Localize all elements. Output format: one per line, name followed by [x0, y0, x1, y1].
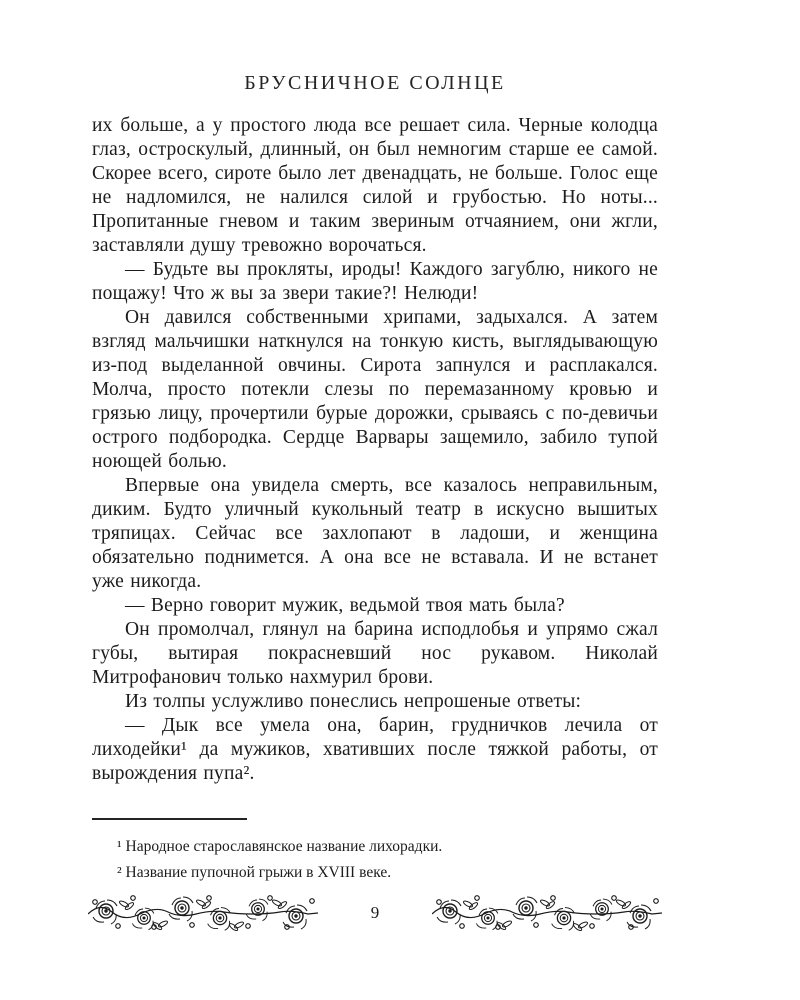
paragraph: их больше, а у простого люда все решает … [92, 114, 658, 258]
paragraph: — Дык все умела она, барин, грудничков л… [92, 714, 658, 786]
paragraph: Он давился собственными хрипами, задыхал… [92, 306, 658, 474]
footnote: ² Название пупочной грыжи в XVIII веке. [92, 860, 658, 886]
footnote: ¹ Народное старославянское название лихо… [92, 834, 658, 860]
book-page: БРУСНИЧНОЕ СОЛНЦЕ их больше, а у простог… [0, 0, 800, 1000]
paragraph: Он промолчал, глянул на барина исподлобь… [92, 618, 658, 690]
page-number: 9 [318, 903, 432, 923]
page-footer: 9 [88, 890, 662, 936]
footnote-separator [92, 818, 247, 820]
paragraph: — Будьте вы прокляты, ироды! Каждого заг… [92, 258, 658, 306]
paragraph: Из толпы услужливо понеслись непрошеные … [92, 690, 658, 714]
chapter-title: БРУСНИЧНОЕ СОЛНЦЕ [92, 72, 658, 95]
paragraph: Впервые она увидела смерть, все казалось… [92, 474, 658, 594]
footnotes-block: ¹ Народное старославянское название лихо… [92, 818, 658, 886]
floral-ornament-icon [432, 891, 662, 935]
floral-ornament-icon [88, 891, 318, 935]
paragraph: — Верно говорит мужик, ведьмой твоя мать… [92, 594, 658, 618]
body-text: их больше, а у простого люда все решает … [92, 114, 658, 786]
